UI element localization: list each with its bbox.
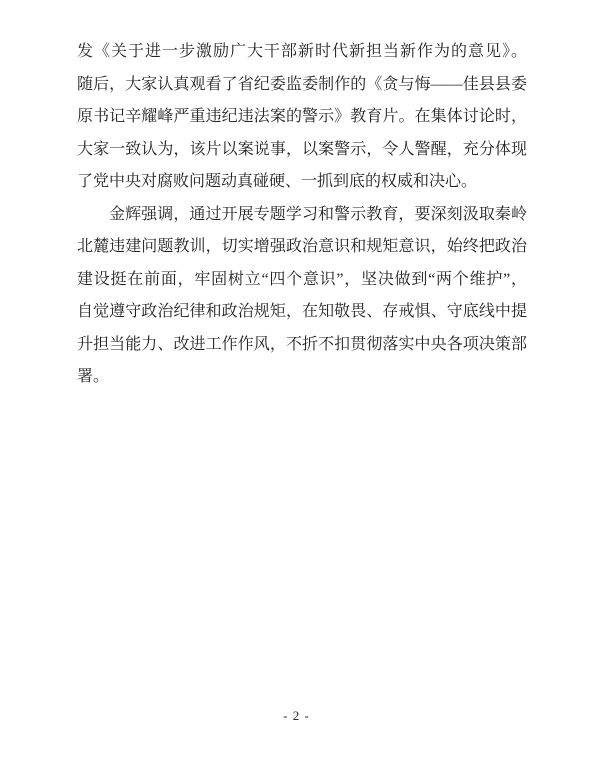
document-line: 大家一致认为，该片以案说事，以案警示，令人警醒，充分体现 — [77, 134, 527, 167]
document-line: 随后，大家认真观看了省纪委监委制作的《贪与悔——佳县县委 — [77, 69, 527, 102]
document-line: 自觉遵守政治纪律和政治规矩，在知敬畏、存戒惧、守底线中提 — [77, 296, 527, 329]
document-line: 原书记辛耀峰严重违纪违法案的警示》教育片。在集体讨论时， — [77, 101, 527, 134]
document-line: 升担当能力、改进工作作风，不折不扣贯彻落实中央各项决策部 — [77, 329, 527, 362]
document-body: 发《关于进一步激励广大干部新时代新担当新作为的意见》。 随后，大家认真观看了省纪… — [77, 36, 527, 394]
document-line: 建设挺在前面，牢固树立“四个意识”，坚决做到“两个维护”， — [77, 264, 527, 297]
document-line: 金辉强调，通过开展专题学习和警示教育，要深刻汲取秦岭 — [77, 199, 527, 232]
document-line: 北麓违建问题教训，切实增强政治意识和规矩意识，始终把政治 — [77, 231, 527, 264]
document-page: 发《关于进一步激励广大干部新时代新担当新作为的意见》。 随后，大家认真观看了省纪… — [0, 0, 593, 771]
page-number: - 2 - — [0, 708, 593, 724]
document-line: 署。 — [77, 361, 527, 394]
document-line: 了党中央对腐败问题动真碰硬、一抓到底的权威和决心。 — [77, 166, 527, 199]
document-line: 发《关于进一步激励广大干部新时代新担当新作为的意见》。 — [77, 36, 527, 69]
